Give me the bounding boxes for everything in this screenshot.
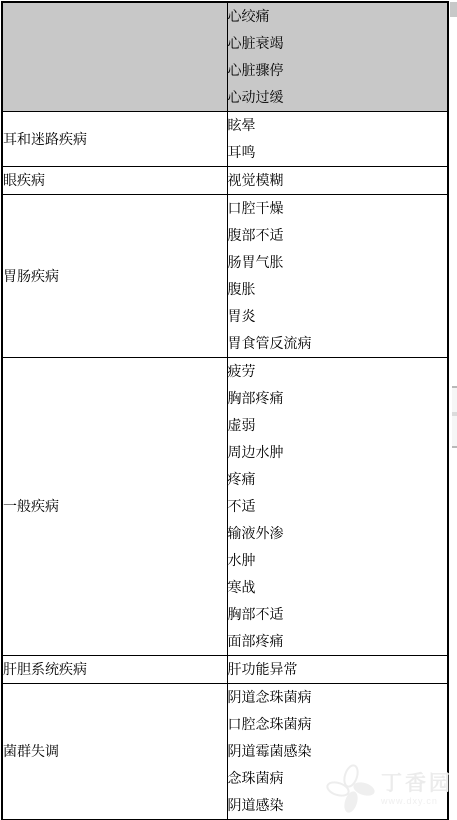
- symptom-line: 阴道感染: [228, 792, 448, 819]
- category-cell: [2, 2, 227, 112]
- symptom-line: 心脏骤停: [228, 57, 448, 84]
- symptom-line: 心动过缓: [228, 84, 448, 111]
- table-row: 耳和迷路疾病眩晕耳鸣: [2, 112, 448, 167]
- symptom-line: 腹胀: [228, 276, 448, 303]
- symptom-line: 胃食管反流病: [228, 330, 448, 357]
- scrollbar-thumb-top[interactable]: [450, 2, 457, 17]
- category-cell: 菌群失调: [2, 684, 227, 820]
- symptom-line: 周边水肿: [228, 439, 448, 466]
- symptoms-cell: 口腔干燥腹部不适肠胃气胀腹胀胃炎胃食管反流病: [227, 195, 448, 358]
- symptoms-cell: 眩晕耳鸣: [227, 112, 448, 167]
- category-cell: 肝胆系统疾病: [2, 656, 227, 684]
- table-row: 心绞痛心脏衰竭心脏骤停心动过缓: [2, 2, 448, 112]
- symptom-line: 不适: [228, 493, 448, 520]
- symptom-line: 虚弱: [228, 412, 448, 439]
- scrollbar-fragment[interactable]: [452, 386, 457, 448]
- symptom-line: 视觉模糊: [228, 167, 448, 194]
- category-cell: 耳和迷路疾病: [2, 112, 227, 167]
- symptom-line: 肝功能异常: [228, 656, 448, 683]
- symptom-line: 口腔念珠菌病: [228, 711, 448, 738]
- scrollbar-tick: [452, 412, 457, 416]
- symptom-line: 输液外渗: [228, 520, 448, 547]
- symptom-line: 腹部不适: [228, 222, 448, 249]
- symptom-line: 胸部不适: [228, 601, 448, 628]
- symptoms-cell: 视觉模糊: [227, 167, 448, 195]
- category-cell: 眼疾病: [2, 167, 227, 195]
- table-row: 菌群失调阴道念珠菌病口腔念珠菌病阴道霉菌感染念珠菌病阴道感染: [2, 684, 448, 820]
- symptom-line: 寒战: [228, 574, 448, 601]
- table-row: 一般疾病疲劳胸部疼痛虚弱周边水肿疼痛不适输液外渗水肿寒战胸部不适面部疼痛: [2, 358, 448, 656]
- symptom-line: 阴道霉菌感染: [228, 738, 448, 765]
- category-cell: 一般疾病: [2, 358, 227, 656]
- symptoms-cell: 肝功能异常: [227, 656, 448, 684]
- symptom-line: 耳鸣: [228, 139, 448, 166]
- symptom-line: 胸部疼痛: [228, 385, 448, 412]
- category-cell: 胃肠疾病: [2, 195, 227, 358]
- symptom-line: 疲劳: [228, 358, 448, 385]
- symptoms-cell: 疲劳胸部疼痛虚弱周边水肿疼痛不适输液外渗水肿寒战胸部不适面部疼痛: [227, 358, 448, 656]
- table-row: 眼疾病视觉模糊: [2, 167, 448, 195]
- symptom-line: 面部疼痛: [228, 628, 448, 655]
- symptom-line: 心脏衰竭: [228, 30, 448, 57]
- table-row: 胃肠疾病口腔干燥腹部不适肠胃气胀腹胀胃炎胃食管反流病: [2, 195, 448, 358]
- symptoms-cell: 心绞痛心脏衰竭心脏骤停心动过缓: [227, 2, 448, 112]
- symptom-line: 胃炎: [228, 303, 448, 330]
- symptom-line: 阴道念珠菌病: [228, 684, 448, 711]
- symptoms-cell: 阴道念珠菌病口腔念珠菌病阴道霉菌感染念珠菌病阴道感染: [227, 684, 448, 820]
- symptom-line: 肠胃气胀: [228, 249, 448, 276]
- symptom-line: 念珠菌病: [228, 765, 448, 792]
- adverse-reactions-table: 心绞痛心脏衰竭心脏骤停心动过缓耳和迷路疾病眩晕耳鸣眼疾病视觉模糊胃肠疾病口腔干燥…: [1, 1, 449, 820]
- symptom-line: 心绞痛: [228, 3, 448, 30]
- table-row: 肝胆系统疾病肝功能异常: [2, 656, 448, 684]
- symptom-line: 口腔干燥: [228, 195, 448, 222]
- symptom-line: 疼痛: [228, 466, 448, 493]
- symptom-line: 水肿: [228, 547, 448, 574]
- symptom-line: 眩晕: [228, 112, 448, 139]
